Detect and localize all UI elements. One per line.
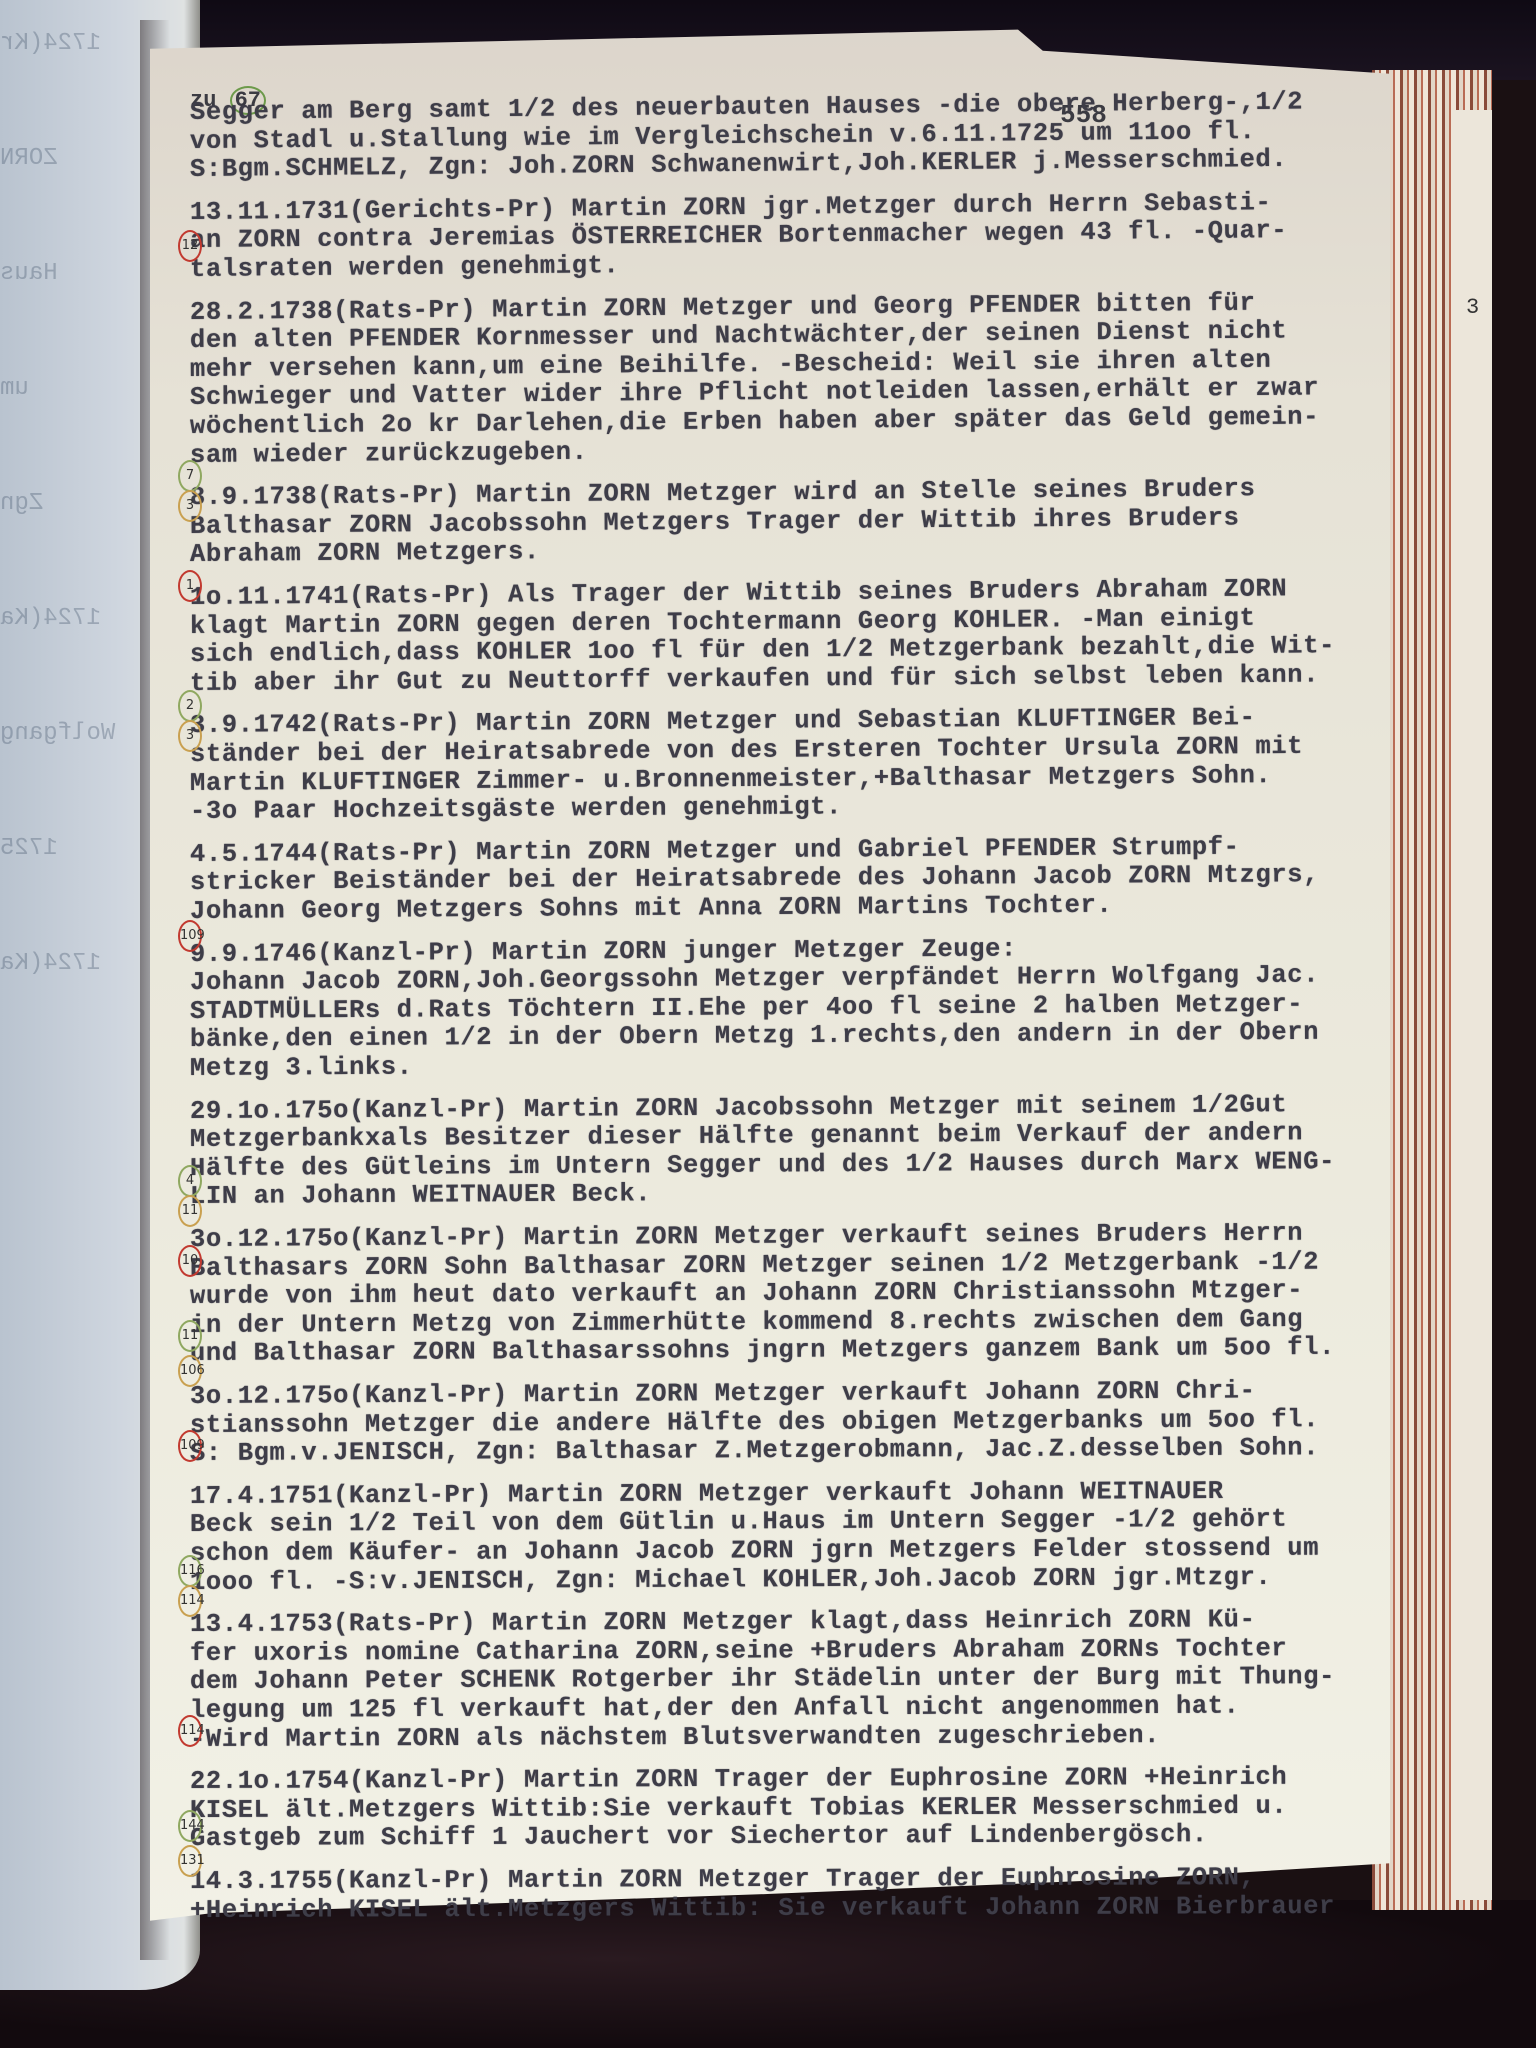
typed-line: und Balthasar ZORN Balthasarssohns jngrn… [190,1333,1335,1368]
typed-line: talsraten werden genehmigt. [190,251,620,284]
margin-annotation: 10 [178,1245,202,1277]
typed-line: LIN an Johann WEITNAUER Beck. [190,1180,651,1212]
typed-line: sam wieder zurückzugeben. [190,437,588,469]
margin-annotation: 4 [178,1165,202,1197]
typed-line: bänke,den einen 1/2 in der Obern Metzg 1… [190,1018,1319,1054]
typed-line: 14.3.1755(Kanzl-Pr) Martin ZORN Metzger … [190,1863,1256,1896]
typed-line: S: Bgm.v.JENISCH, Zgn: Balthasar Z.Metzg… [190,1433,1319,1468]
margin-annotation: 106 [178,1355,202,1387]
margin-annotation: 11 [178,1320,202,1352]
margin-annotation: 114 [178,1715,202,1747]
typed-line: stricker Beiständer bei der Heiratsabred… [190,861,1319,898]
margin-annotation: 114 [178,1585,202,1617]
typed-line: 22.1o.1754(Kanzl-Pr) Martin ZORN Trager … [190,1763,1287,1796]
typed-line: Abraham ZORN Metzgers. [190,538,540,570]
margin-annotation: 7 [178,460,202,492]
typed-line: legung um 125 fl verkauft hat,der den An… [190,1692,1240,1725]
margin-annotation: 12 [178,230,202,262]
margin-annotation: 144 [178,1810,202,1842]
margin-annotation: 3 [178,490,202,522]
typed-line: -Wird Martin ZORN als nächstem Blutsverw… [190,1721,1160,1754]
page-edge-tab [1452,110,1492,1900]
typed-line: -3o Paar Hochzeitsgäste werden genehmigt… [190,793,842,827]
margin-annotation: 131 [178,1845,202,1877]
typed-line: +Heinrich KISEL ält.Metzgers Wittib: Sie… [190,1892,1335,1925]
margin-annotation: 1 [178,570,202,602]
typed-line: 1ooo fl. -S:v.JENISCH, Zgn: Michael KOHL… [190,1563,1271,1597]
margin-annotation: 109 [178,920,202,952]
margin-annotation: 3 [178,720,202,752]
margin-annotation: 109 [178,1430,202,1462]
edge-tab-number: 3 [1466,295,1479,320]
typed-line: Metzg 3.links. [190,1053,413,1083]
document-body: Segger am Berg samt 1/2 des neuerbauten … [150,40,1390,1920]
margin-annotation: 11 [178,1195,202,1227]
typed-line: Gastgeb zum Schiff 1 Jauchert vor Sieche… [190,1821,1208,1854]
margin-annotation: 116 [178,1555,202,1587]
typed-line: Hälfte des Gütleins im Untern Segger und… [190,1147,1335,1183]
margin-annotation: 2 [178,690,202,722]
typed-line: Johann Georg Metzgers Sohns mit Anna ZOR… [190,891,1113,926]
